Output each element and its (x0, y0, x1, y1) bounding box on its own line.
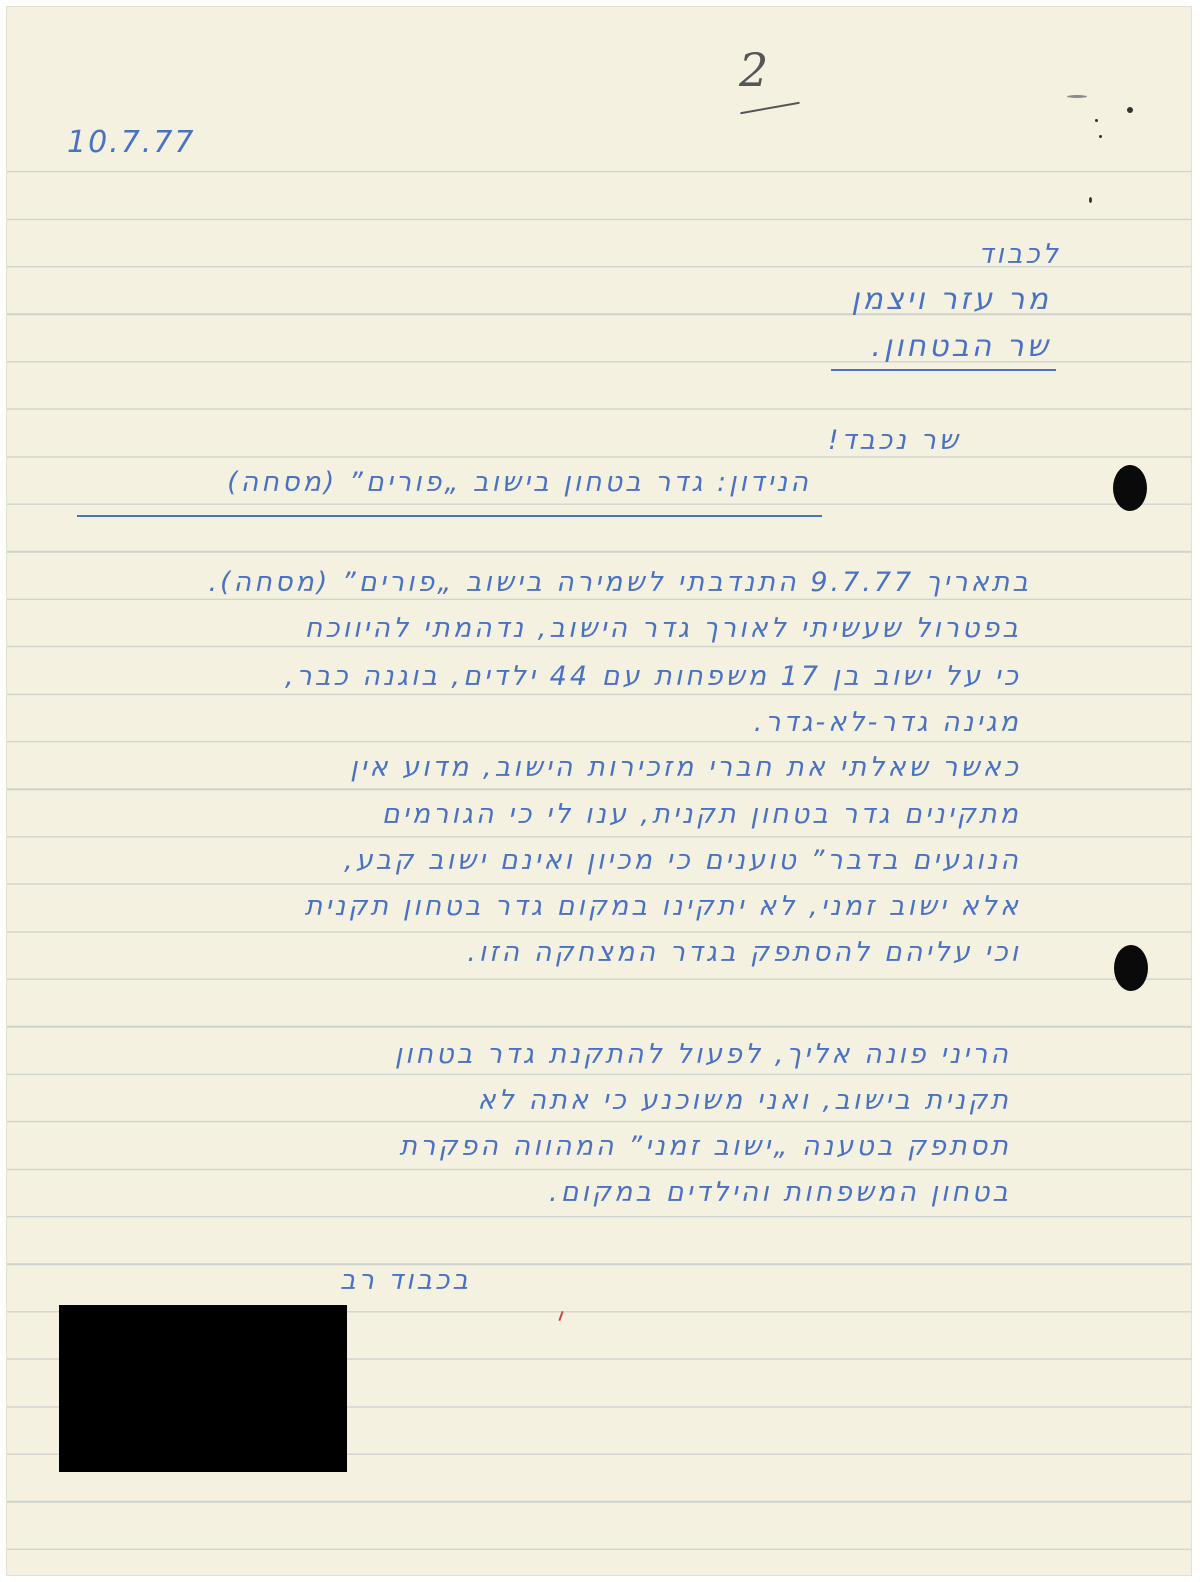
body-line: הנוגעים בדבר” טוענים כי מכיון ואינם ישוב… (344, 845, 1021, 876)
addressee-name: מר עזר ויצמן (851, 282, 1051, 317)
paper-speck (1095, 119, 1098, 122)
body-line: הריני פונה אליך, לפעול להתקנת גדר בטחון (395, 1039, 1011, 1070)
body-line: תסתפק בטענה „ישוב זמני” המהווה הפקרת (399, 1131, 1011, 1162)
body-line: מתקינים גדר בטחון תקנית, ענו לי כי הגורמ… (382, 799, 1021, 830)
paper-speck (1089, 197, 1092, 203)
greeting: שר נכבד! (828, 425, 961, 456)
addressee-title: שר הבטחון. (871, 329, 1051, 364)
body-line: בפטרול שעשיתי לאורך גדר הישוב, נדהמתי לה… (305, 613, 1021, 644)
paper-speck (1127, 107, 1133, 113)
subject-line: הנידון: גדר בטחון בישוב „פורים” (מסחה) (227, 467, 811, 498)
body-line: כאשר שאלתי את חברי מזכירות הישוב, מדוע א… (350, 752, 1021, 783)
redacted-signature (59, 1305, 347, 1472)
body-line: כי על ישוב בן 17 משפחות עם 44 ילדים, בוג… (285, 661, 1021, 692)
page-number: 2 (739, 43, 768, 97)
page-number-underline (740, 102, 799, 114)
body-line: תקנית בישוב, ואני משוכנע כי אתה לא (477, 1085, 1011, 1116)
body-line: בתאריך 9.7.77 התנדבתי לשמירה בישוב „פורי… (208, 567, 1031, 598)
red-pen-mark (558, 1311, 563, 1321)
body-line: אלא ישוב זמני, לא יתקינו במקום גדר בטחון… (305, 891, 1021, 922)
subject-underline (77, 515, 822, 517)
body-line: וכי עליהם להסתפק בגדר המצחקה הזו. (467, 937, 1021, 968)
punch-hole (1114, 945, 1148, 991)
addressee-underline (831, 369, 1056, 371)
body-line: מגינה גדר-לא-גדר. (754, 707, 1021, 738)
punch-hole (1113, 465, 1147, 511)
closing: בכבוד רב (340, 1265, 471, 1296)
letter-page: 2 10.7.77 לכבוד מר עזר ויצמן שר הבטחון. … (6, 6, 1192, 1576)
paper-speck (1099, 135, 1102, 138)
letter-date: 10.7.77 (67, 125, 196, 160)
paper-speck (1067, 95, 1087, 98)
body-line: בטחון המשפחות והילדים במקום. (549, 1177, 1011, 1208)
addressee-salutation: לכבוד (979, 239, 1061, 270)
